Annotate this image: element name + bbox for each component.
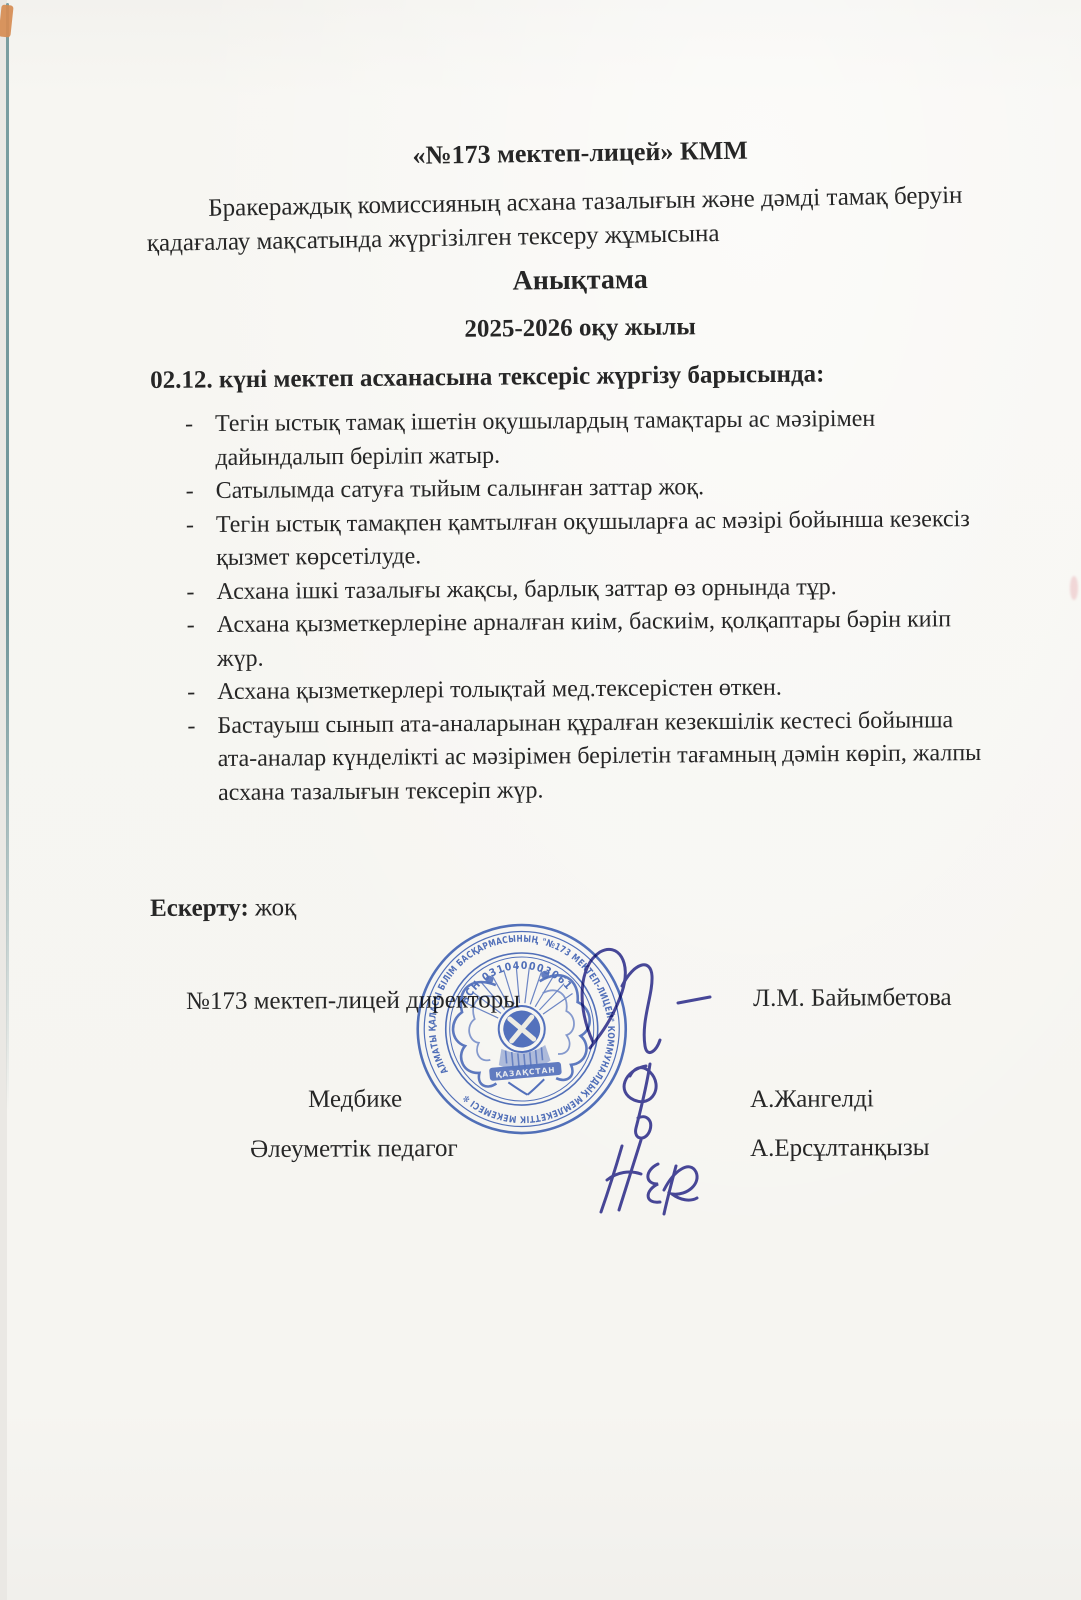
scanned-document-page: «№173 мектеп-лицей» КММ Бракераждық коми… [0, 0, 1081, 1600]
director-signature [582, 949, 710, 1052]
social-pedagog-signature [601, 1140, 697, 1214]
nurse-signature [624, 1064, 656, 1138]
signatures-ink-layer [0, 0, 1081, 1600]
